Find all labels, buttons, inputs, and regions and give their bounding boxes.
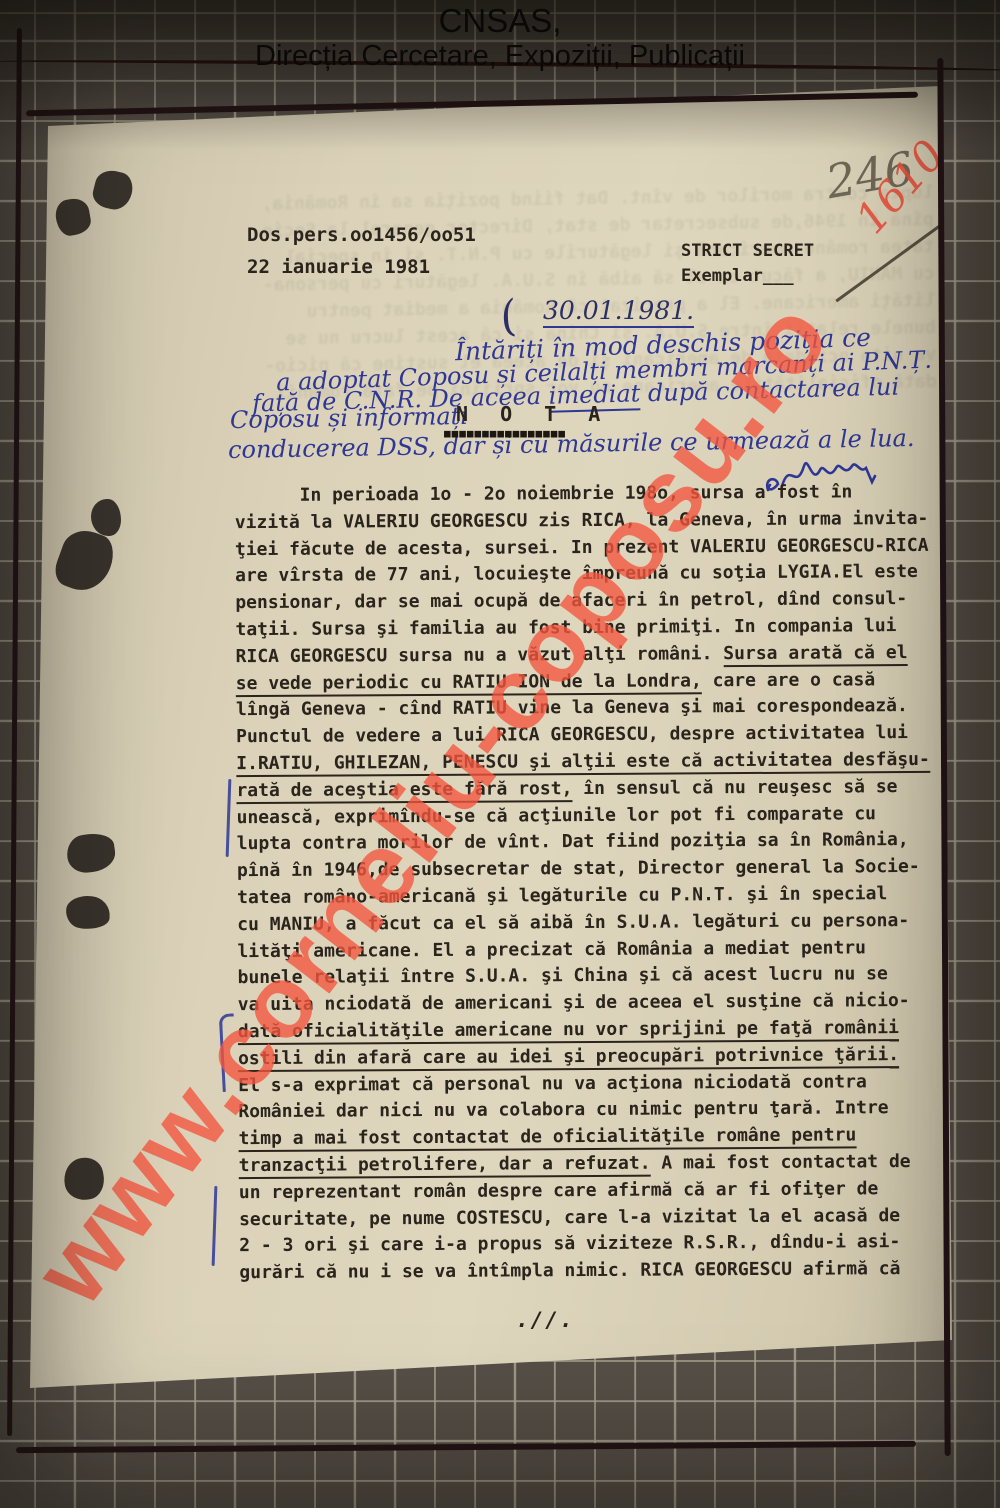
typed-line: El s-a exprimat că personal nu va acţion… [238, 1068, 942, 1099]
typed-line: Punctul de vedere a lui RICA GEORGESCU, … [236, 720, 940, 751]
handwritten-date: 30.01.1981. [543, 296, 694, 328]
text-segment: României dar nici nu va colabora cu nimi… [238, 1098, 888, 1123]
text-segment: tranzacţii petrolifere, dar a refuzat. [239, 1153, 651, 1180]
text-segment: 2 - 3 ori şi care i-a propus să viziteze… [239, 1231, 900, 1256]
text-segment: Coposu și informați [230, 402, 468, 434]
typed-line: 2 - 3 ori şi care i-a propus să viziteze… [239, 1229, 943, 1260]
typed-line: tranzacţii petrolifere, dar a refuzat. A… [239, 1149, 943, 1180]
typed-line: securitate, pe nume COSTESCU, care l-a v… [239, 1202, 943, 1233]
text-segment: El s-a exprimat că personal nu va acţion… [238, 1071, 867, 1096]
text-segment: gurări că nu i se va întîmpla nimic. RIC… [239, 1258, 900, 1283]
text-segment: un reprezentant român despre care afirmă… [239, 1178, 879, 1203]
photo-background: { "photo_caption": { "line1": "CNSAS,", … [0, 0, 1000, 1508]
dossier-number: Dos.pers.oo1456/oo51 [247, 224, 476, 246]
typed-line: timp a mai fost contactat de oficialităţ… [238, 1122, 942, 1153]
text-segment: I.RATIU, GHILEZAN, PENESCU şi alţii este… [236, 749, 930, 777]
punch-hole [91, 499, 121, 536]
text-segment: Punctul de vedere a lui RICA GEORGESCU, … [236, 722, 908, 747]
text-segment: unească, exprimîndu-se că acţiunile lor … [237, 803, 877, 828]
text-segment: A mai fost contactat de [650, 1151, 910, 1174]
typed-line: rată de aceştia este fără rost, în sensu… [236, 774, 940, 805]
text-segment: Sursa arată că el [723, 642, 907, 667]
document-date: 22 ianuarie 1981 [247, 256, 430, 278]
typed-line: dată oficialităţile americane nu vor spr… [238, 1015, 942, 1046]
classification-stamp: STRICT SECRET [681, 241, 814, 261]
typed-line: un reprezentant român despre care afirmă… [239, 1176, 943, 1207]
typed-line: I.RATIU, GHILEZAN, PENESCU şi alţii este… [236, 747, 940, 778]
typed-line: ostili din afară care au idei şi preocup… [238, 1042, 942, 1073]
handwritten-note-line: Coposu și informați [230, 402, 468, 434]
text-segment: In perioada 1o - 2o noiembrie 198o, surs… [300, 481, 853, 505]
text-segment: timp a mai fost contactat de oficialităţ… [238, 1124, 856, 1152]
text-segment: ostili din afară care au idei şi preocup… [238, 1044, 899, 1072]
typed-line: României dar nici nu va colabora cu nimi… [238, 1095, 942, 1126]
page-footer: .//. [516, 1308, 575, 1332]
photo-caption-line1: CNSAS, [0, 2, 1000, 40]
text-segment: securitate, pe nume COSTESCU, care l-a v… [239, 1205, 900, 1230]
nota-title: N O T A [456, 402, 610, 426]
text-segment: care are o casă [702, 669, 876, 691]
typed-line: lîngă Geneva - cînd RATIU vine la Geneva… [236, 693, 940, 724]
exemplar-label: Exemplar___ [681, 266, 794, 286]
nota-underline: ■■■■■■■■■■■■■■■■ [444, 427, 566, 440]
typed-line: gurări că nu i se va întîmpla nimic. RIC… [239, 1256, 943, 1287]
text-segment: în sensul că nu reuşesc să se [572, 776, 897, 799]
photo-caption-line2: Direcția Cercetare, Expoziții, Publicați… [0, 40, 1000, 73]
